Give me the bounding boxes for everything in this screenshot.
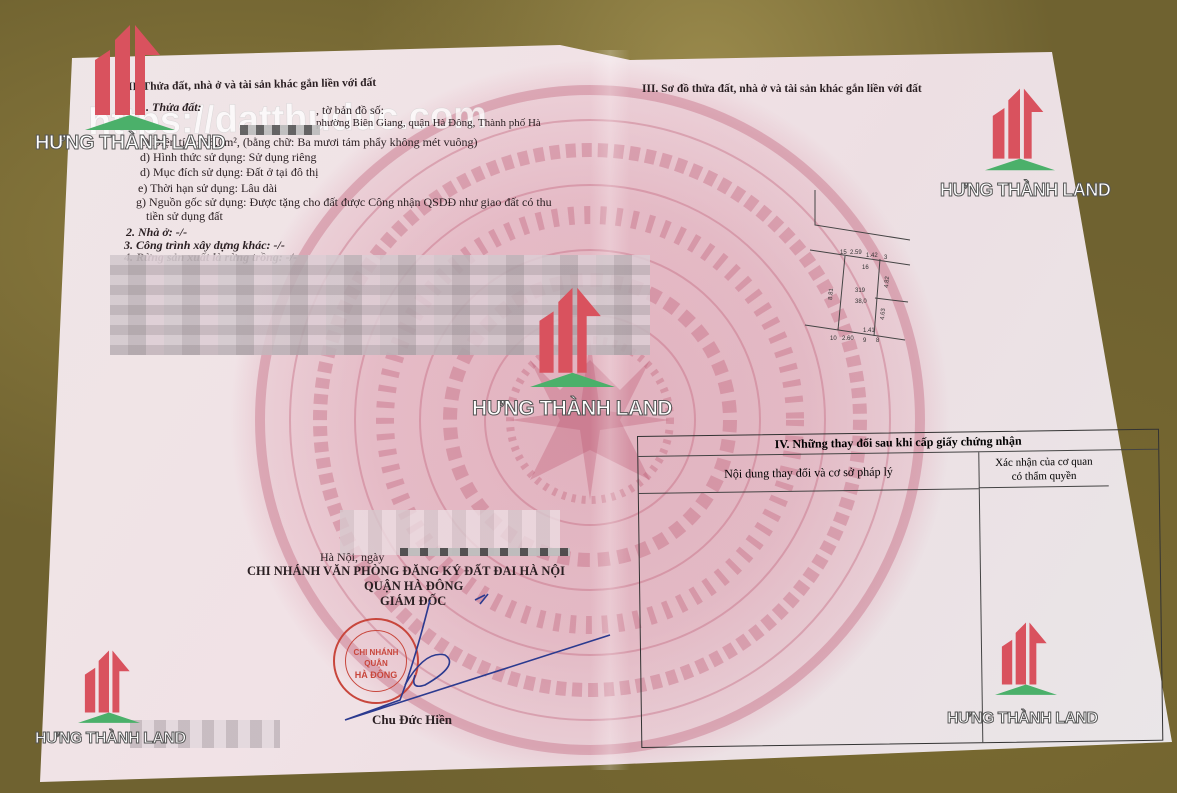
usage-origin: g) Nguồn gốc sử dụng: Được tặng cho đất … — [136, 195, 552, 209]
changes-col-confirmation: Xác nhận của cơ quan có thẩm quyền — [978, 450, 1108, 488]
brand-logo-bottom-left: HƯNG THÀNH LAND — [78, 640, 140, 735]
svg-text:2.59: 2.59 — [850, 250, 862, 256]
svg-text:3: 3 — [884, 255, 888, 261]
svg-text:9: 9 — [863, 338, 867, 344]
brand-logo-center: HƯNG THÀNH LAND — [530, 275, 615, 400]
brand-logo-bottom-right: HƯNG THÀNH LAND — [995, 612, 1057, 707]
house-line: 2. Nhà ở: -/- — [126, 225, 187, 239]
svg-text:1.42: 1.42 — [866, 253, 878, 259]
svg-text:319: 319 — [855, 288, 866, 294]
usage-term: e) Thời hạn sử dụng: Lâu dài — [138, 181, 277, 195]
svg-text:2.60: 2.60 — [842, 336, 854, 342]
changes-col-content: Nội dung thay đổi và cơ sở pháp lý — [638, 452, 978, 494]
changes-table: IV. Những thay đổi sau khi cấp giấy chứn… — [637, 429, 1163, 748]
brand-logo-top-left: HƯNG THÀNH LAND — [85, 20, 175, 135]
table-divider — [979, 488, 984, 742]
svg-text:4.82: 4.82 — [884, 275, 891, 288]
svg-text:4.63: 4.63 — [880, 307, 887, 320]
confirmation-header-line1: Xác nhận của cơ quan — [979, 454, 1108, 470]
brand-logo-top-right: HƯNG THÀNH LAND — [985, 80, 1055, 180]
issuing-office: CHI NHÁNH VĂN PHÒNG ĐĂNG KÝ ĐẤT ĐAI HÀ N… — [247, 564, 565, 578]
redacted-date-digits — [400, 548, 570, 556]
svg-text:15: 15 — [840, 250, 847, 256]
map-sheet: , tờ bản đồ số: — [316, 103, 384, 117]
svg-text:38,0: 38,0 — [855, 299, 867, 305]
redacted-parcel-number — [240, 125, 320, 135]
svg-text:16: 16 — [862, 265, 869, 271]
svg-text:8: 8 — [876, 338, 880, 344]
confirmation-header-line2: có thẩm quyền — [980, 468, 1109, 484]
parcel-address: phường Biên Giang, quận Hà Đông, Thành p… — [316, 116, 541, 130]
ht-logo-icon — [85, 20, 175, 130]
ht-logo-icon — [78, 640, 140, 730]
ht-logo-icon — [530, 275, 615, 395]
place-date: Hà Nội, ngày — [320, 550, 384, 564]
section-iii-title: III. Sơ đồ thửa đất, nhà ở và tài sản kh… — [642, 82, 922, 96]
ht-logo-icon — [985, 80, 1055, 175]
signer-name: Chu Đức Hiền — [372, 713, 452, 727]
ht-logo-icon — [995, 612, 1057, 702]
usage-origin-cont: tiền sử dụng đất — [146, 209, 223, 223]
usage-purpose: d) Mục đích sử dụng: Đất ở tại đô thị — [140, 165, 319, 179]
signature-icon — [330, 590, 630, 730]
svg-text:1.41: 1.41 — [863, 328, 875, 334]
svg-text:8.81: 8.81 — [828, 287, 835, 300]
svg-text:10: 10 — [830, 336, 837, 342]
parcel-plan-diagram: 15 2.59 1.42 3 16 319 38,0 1.41 10 2.60 … — [800, 180, 930, 360]
